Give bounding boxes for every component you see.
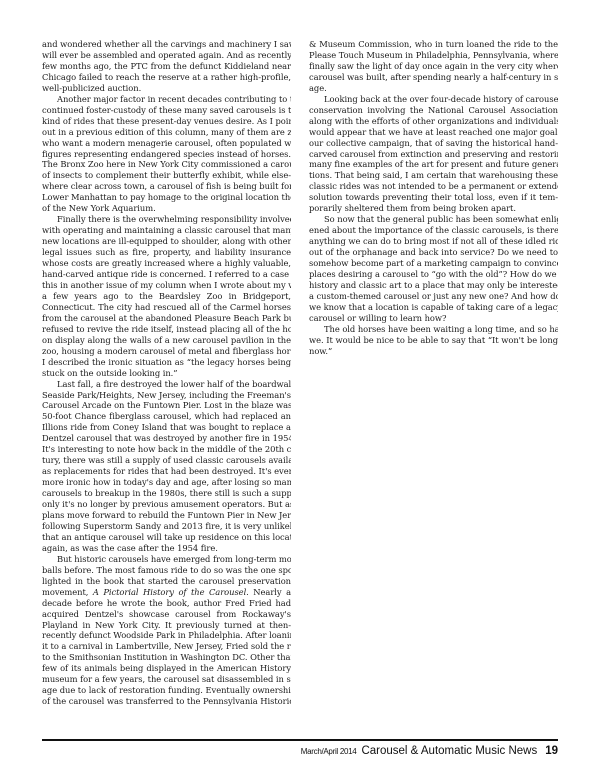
text-line: & Museum Commission, who in turn loaned … xyxy=(309,39,558,50)
text-line: somehow become part of a marketing campa… xyxy=(309,258,558,269)
text-line: again, as was the case after the 1954 fi… xyxy=(42,543,291,554)
text-line: Please Touch Museum in Philadelphia, Pen… xyxy=(309,50,558,61)
article-column-right: & Museum Commission, who in turn loaned … xyxy=(309,39,558,357)
text-line: hand-carved antique ride is concerned. I… xyxy=(42,269,291,280)
text-line: few of its animals being displayed in th… xyxy=(42,663,291,674)
text-line: anything we can do to bring most if not … xyxy=(309,236,558,247)
text-line: refused to revive the ride itself, inste… xyxy=(42,324,291,335)
book-title: A Pictorial History of the Carousel. xyxy=(93,587,249,597)
text-line: a custom-themed carousel or just any new… xyxy=(309,291,558,302)
text-line: we know that a location is capable of ta… xyxy=(309,302,558,313)
text-line: it to a carnival in Lambertville, New Je… xyxy=(42,641,291,652)
text-line: zoo, housing a modern carousel of metal … xyxy=(42,346,291,357)
text-line: balls before. The most famous ride to do… xyxy=(42,565,291,576)
text-line: with operating and maintaining a classic… xyxy=(42,225,291,236)
issue-date: March/April 2014 xyxy=(301,747,357,756)
text-line: The old horses have been waiting a long … xyxy=(309,324,558,335)
text-line: Lower Manhattan to pay homage to the ori… xyxy=(42,192,291,203)
text-line: along with the efforts of other organiza… xyxy=(309,116,558,127)
text-line: stuck on the outside looking in.” xyxy=(42,368,291,379)
text-line: Chicago failed to reach the reserve at a… xyxy=(42,72,291,83)
text-line: places desiring a carousel to “go with t… xyxy=(309,269,558,280)
text-line: will ever be assembled and operated agai… xyxy=(42,50,291,61)
text-line: out in a previous edition of this column… xyxy=(42,127,291,138)
text-line: carousel or willing to learn how? xyxy=(309,313,558,324)
page-number: 19 xyxy=(545,745,558,757)
text-line: many fine examples of the art for presen… xyxy=(309,159,558,170)
text-line: now.” xyxy=(309,346,558,357)
page-footer: March/April 2014 Carousel & Automatic Mu… xyxy=(301,745,558,757)
text-line: from the carousel at the abandoned Pleas… xyxy=(42,313,291,324)
text-line: to the Smithsonian Institution in Washin… xyxy=(42,652,291,663)
text-line: But historic carousels have emerged from… xyxy=(42,554,291,565)
text-line: plans move forward to rebuild the Funtow… xyxy=(42,510,291,521)
text-line: movement, A Pictorial History of the Car… xyxy=(42,587,291,598)
text-line: The Bronx Zoo here in New York City comm… xyxy=(42,159,291,170)
text-line: carousels to breakup in the 1980s, there… xyxy=(42,488,291,499)
text-line: conservation involving the National Caro… xyxy=(309,105,558,116)
text-line: classic rides was not intended to be a p… xyxy=(309,181,558,192)
text-line: of insects to complement their butterfly… xyxy=(42,170,291,181)
text-line: Carousel Arcade on the Funtown Pier. Los… xyxy=(42,400,291,411)
text-line: whose costs are greatly increased where … xyxy=(42,258,291,269)
text-line: who want a modern menagerie carousel, of… xyxy=(42,138,291,149)
text-line: on display along the walls of a new caro… xyxy=(42,335,291,346)
text-line: tions. That being said, I am certain tha… xyxy=(309,170,558,181)
text-line: Looking back at the over four-decade his… xyxy=(309,94,558,105)
text-line: ened about the importance of the classic… xyxy=(309,225,558,236)
text-line: figures representing endangered species … xyxy=(42,149,291,160)
text-line: museum for a few years, the carousel sat… xyxy=(42,674,291,685)
text-line: and wondered whether all the carvings an… xyxy=(42,39,291,50)
text-line: Illions ride from Coney Island that was … xyxy=(42,422,291,433)
text-line: would appear that we have at least reach… xyxy=(309,127,558,138)
footer-rule xyxy=(42,739,558,741)
article-column-left: and wondered whether all the carvings an… xyxy=(42,39,291,707)
publication-title: Carousel & Automatic Music News xyxy=(361,745,537,757)
text-line: recently defunct Woodside Park in Philad… xyxy=(42,630,291,641)
paragraph: Another major factor in recent decades c… xyxy=(42,94,291,214)
text-line: carousel was built, after spending nearl… xyxy=(309,72,558,83)
text-line: finally saw the light of day once again … xyxy=(309,61,558,72)
text-line: that an antique carousel will take up re… xyxy=(42,532,291,543)
paragraph: The old horses have been waiting a long … xyxy=(309,324,558,357)
text-line: age due to lack of restoration funding. … xyxy=(42,685,291,696)
paragraph: So now that the general public has been … xyxy=(309,214,558,324)
text-line: 50-foot Chance fiberglass carousel, whic… xyxy=(42,411,291,422)
magazine-page: and wondered whether all the carvings an… xyxy=(0,0,600,782)
text-line: continued foster-custody of these many s… xyxy=(42,105,291,116)
text-line: Another major factor in recent decades c… xyxy=(42,94,291,105)
paragraph: Finally there is the overwhelming respon… xyxy=(42,214,291,378)
text-line: Last fall, a fire destroyed the lower ha… xyxy=(42,379,291,390)
text-line: age. xyxy=(309,83,558,94)
text-line: kind of rides that these present-day ven… xyxy=(42,116,291,127)
text-line: we. It would be nice to be able to say t… xyxy=(309,335,558,346)
text-line: Finally there is the overwhelming respon… xyxy=(42,214,291,225)
text-line: Playland in New York City. It previously… xyxy=(42,620,291,631)
text-line: following Superstorm Sandy and 2013 fire… xyxy=(42,521,291,532)
text-line: history and classic art to a place that … xyxy=(309,280,558,291)
text-line: tury, there was still a supply of used c… xyxy=(42,455,291,466)
text-line: of the carousel was transferred to the P… xyxy=(42,696,291,707)
text-line: carved carousel from extinction and pres… xyxy=(309,149,558,160)
text-line: of the New York Aquarium. xyxy=(42,203,291,214)
text-line: this in another issue of my column when … xyxy=(42,280,291,291)
text-line: few months ago, the PTC from the defunct… xyxy=(42,61,291,72)
text-line: legal issues such as fire, property, and… xyxy=(42,247,291,258)
text-line: our collective campaign, that of saving … xyxy=(309,138,558,149)
text-line: Dentzel carousel that was destroyed by a… xyxy=(42,433,291,444)
text-line: I described the ironic situation as “the… xyxy=(42,357,291,368)
paragraph: and wondered whether all the carvings an… xyxy=(42,39,291,94)
text-line: new locations are ill-equipped to should… xyxy=(42,236,291,247)
text-line: lighted in the book that started the car… xyxy=(42,576,291,587)
text-line: acquired Dentzel's showcase carousel fro… xyxy=(42,609,291,620)
text-line: as replacements for rides that had been … xyxy=(42,466,291,477)
text-line: more ironic how in today's day and age, … xyxy=(42,477,291,488)
text-line: solution towards preventing their total … xyxy=(309,192,558,203)
text-line: only it's no longer by previous amusemen… xyxy=(42,499,291,510)
text-line: porarily sheltered them from being broke… xyxy=(309,203,558,214)
text-line: a few years ago to the Beardsley Zoo in … xyxy=(42,291,291,302)
text-line: So now that the general public has been … xyxy=(309,214,558,225)
paragraph: & Museum Commission, who in turn loaned … xyxy=(309,39,558,94)
text-line: well-publicized auction. xyxy=(42,83,291,94)
text-line: decade before he wrote the book, author … xyxy=(42,598,291,609)
paragraph: Looking back at the over four-decade his… xyxy=(309,94,558,214)
text-line: where clear across town, a carousel of f… xyxy=(42,181,291,192)
text-line: out of the orphanage and back into servi… xyxy=(309,247,558,258)
paragraph: But historic carousels have emerged from… xyxy=(42,554,291,707)
paragraph: Last fall, a fire destroyed the lower ha… xyxy=(42,379,291,554)
text-line: Seaside Park/Heights, New Jersey, includ… xyxy=(42,390,291,401)
text-line: It's interesting to note how back in the… xyxy=(42,444,291,455)
text-line: Connecticut. The city had rescued all of… xyxy=(42,302,291,313)
